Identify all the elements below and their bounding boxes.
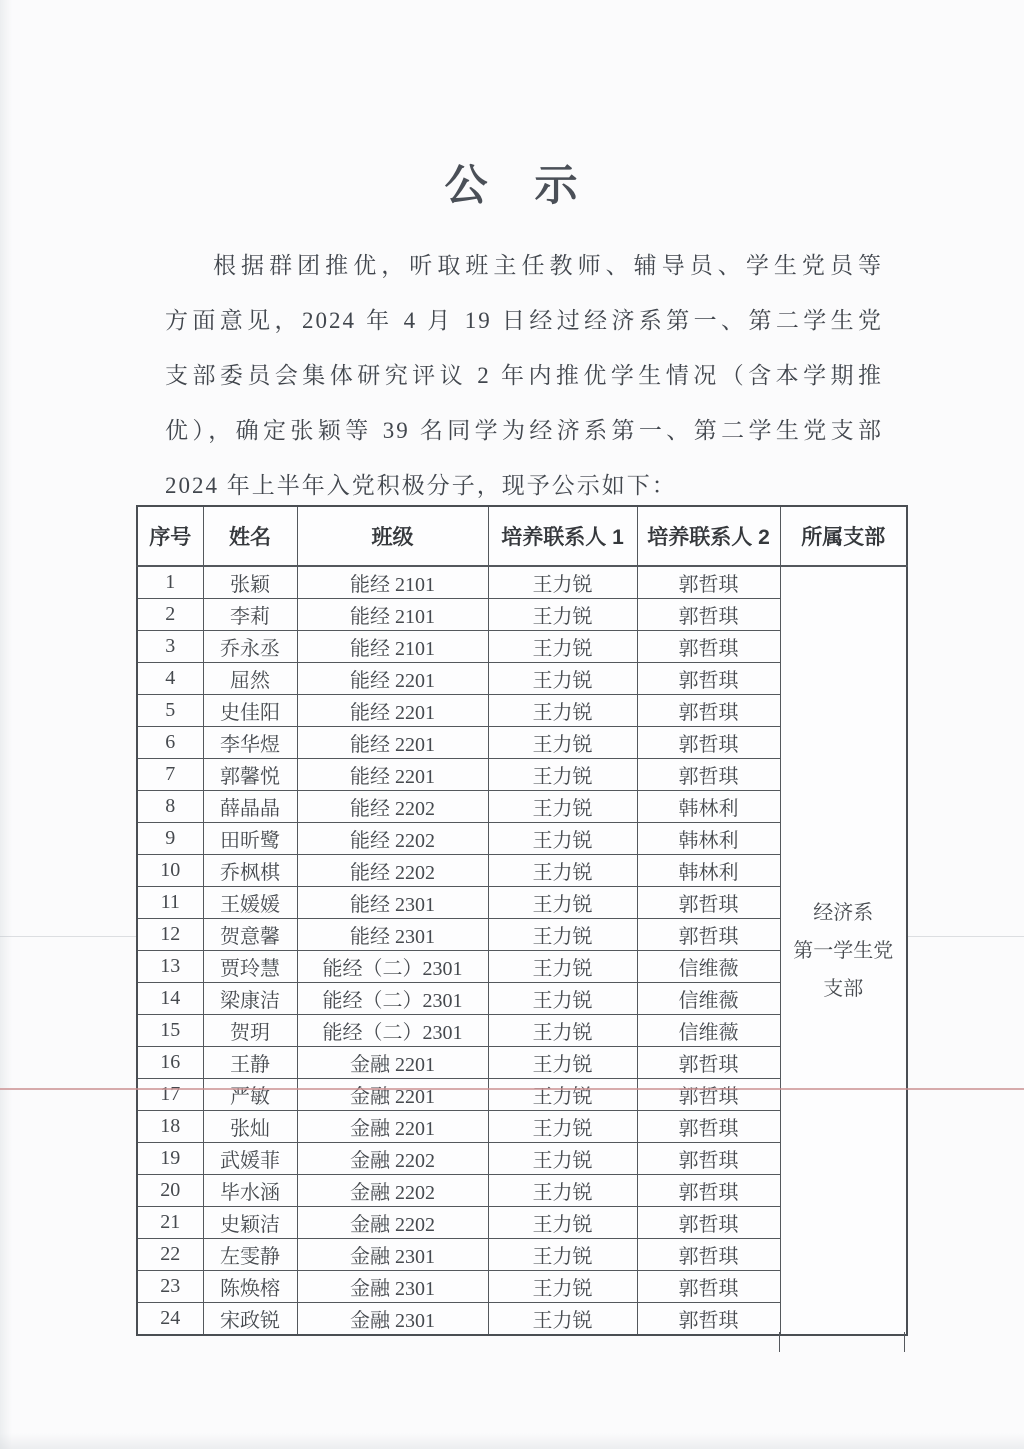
- cell-class: 金融 2202: [297, 1143, 488, 1175]
- cell-contact2: 信维薇: [637, 983, 780, 1015]
- cell-contact2: 郭哲琪: [637, 919, 780, 951]
- header-class: 班级: [297, 506, 488, 566]
- cell-class: 能经 2202: [297, 823, 488, 855]
- cell-contact2: 郭哲琪: [637, 1303, 780, 1336]
- cell-name: 宋政锐: [203, 1303, 297, 1336]
- cell-name: 乔枫棋: [203, 855, 297, 887]
- cell-contact1: 王力锐: [488, 695, 637, 727]
- cell-class: 金融 2301: [297, 1239, 488, 1271]
- header-branch: 所属支部: [780, 506, 907, 566]
- cell-contact1: 王力锐: [488, 631, 637, 663]
- header-name: 姓名: [203, 506, 297, 566]
- cell-class: 金融 2202: [297, 1207, 488, 1239]
- cell-contact1: 王力锐: [488, 1303, 637, 1336]
- cell-contact1: 王力锐: [488, 1047, 637, 1079]
- cell-class: 能经（二）2301: [297, 1015, 488, 1047]
- cell-contact1: 王力锐: [488, 1175, 637, 1207]
- announcement-table: 序号 姓名 班级 培养联系人 1 培养联系人 2 所属支部 1 张颖 能经 21…: [136, 505, 908, 1336]
- cell-name: 田昕鹭: [203, 823, 297, 855]
- cell-no: 12: [137, 919, 203, 951]
- cell-contact2: 信维薇: [637, 951, 780, 983]
- cell-contact1: 王力锐: [488, 1271, 637, 1303]
- cell-name: 梁康洁: [203, 983, 297, 1015]
- cell-name: 王静: [203, 1047, 297, 1079]
- cell-contact2: 郭哲琪: [637, 631, 780, 663]
- cell-no: 5: [137, 695, 203, 727]
- paragraph-line: 根据群团推优，听取班主任教师、辅导员、学生党员等: [165, 238, 883, 293]
- cell-no: 14: [137, 983, 203, 1015]
- cell-contact1: 王力锐: [488, 727, 637, 759]
- cell-class: 能经 2201: [297, 759, 488, 791]
- cell-contact1: 王力锐: [488, 1111, 637, 1143]
- cell-name: 张颖: [203, 566, 297, 599]
- cell-class: 能经 2201: [297, 727, 488, 759]
- scan-bottom-edge-shadow: [0, 1433, 1024, 1449]
- cell-no: 9: [137, 823, 203, 855]
- cell-class: 能经 2201: [297, 663, 488, 695]
- cell-no: 18: [137, 1111, 203, 1143]
- cell-class: 能经 2202: [297, 855, 488, 887]
- cell-contact2: 信维薇: [637, 1015, 780, 1047]
- cell-name: 史佳阳: [203, 695, 297, 727]
- cell-contact1: 王力锐: [488, 1239, 637, 1271]
- cell-contact1: 王力锐: [488, 823, 637, 855]
- cell-no: 10: [137, 855, 203, 887]
- cell-class: 能经（二）2301: [297, 951, 488, 983]
- cell-contact2: 郭哲琪: [637, 663, 780, 695]
- cell-name: 李莉: [203, 599, 297, 631]
- cell-name: 屈然: [203, 663, 297, 695]
- cell-no: 20: [137, 1175, 203, 1207]
- cell-name: 王媛媛: [203, 887, 297, 919]
- cell-contact1: 王力锐: [488, 1079, 637, 1111]
- paragraph-line: 方面意见，2024 年 4 月 19 日经过经济系第一、第二学生党: [165, 293, 883, 348]
- cell-name: 武媛菲: [203, 1143, 297, 1175]
- cell-contact1: 王力锐: [488, 791, 637, 823]
- cell-contact1: 王力锐: [488, 663, 637, 695]
- cell-contact1: 王力锐: [488, 919, 637, 951]
- cell-contact1: 王力锐: [488, 951, 637, 983]
- table-row: 1 张颖 能经 2101 王力锐 郭哲琪 经济系 第一学生党 支部: [137, 566, 907, 599]
- cell-no: 4: [137, 663, 203, 695]
- cell-no: 13: [137, 951, 203, 983]
- cell-contact2: 韩林利: [637, 791, 780, 823]
- cell-contact2: 郭哲琪: [637, 1047, 780, 1079]
- cell-no: 17: [137, 1079, 203, 1111]
- cell-class: 金融 2301: [297, 1303, 488, 1336]
- cell-contact1: 王力锐: [488, 759, 637, 791]
- cell-no: 19: [137, 1143, 203, 1175]
- cell-no: 15: [137, 1015, 203, 1047]
- cell-name: 史颖洁: [203, 1207, 297, 1239]
- cell-class: 能经 2101: [297, 599, 488, 631]
- cell-name: 毕水涵: [203, 1175, 297, 1207]
- cell-no: 2: [137, 599, 203, 631]
- cell-class: 能经 2101: [297, 566, 488, 599]
- announcement-paragraph: 根据群团推优，听取班主任教师、辅导员、学生党员等 方面意见，2024 年 4 月…: [165, 238, 883, 513]
- branch-column-border-stub: [904, 1332, 905, 1352]
- cell-no: 21: [137, 1207, 203, 1239]
- cell-contact2: 郭哲琪: [637, 887, 780, 919]
- cell-contact2: 郭哲琪: [637, 727, 780, 759]
- cell-class: 能经 2101: [297, 631, 488, 663]
- cell-contact1: 王力锐: [488, 599, 637, 631]
- page-title: 公 示: [0, 152, 1024, 213]
- cell-no: 16: [137, 1047, 203, 1079]
- cell-name: 贺玥: [203, 1015, 297, 1047]
- cell-class: 金融 2201: [297, 1047, 488, 1079]
- cell-no: 22: [137, 1239, 203, 1271]
- cell-contact2: 郭哲琪: [637, 1143, 780, 1175]
- cell-class: 金融 2301: [297, 1271, 488, 1303]
- cell-name: 贾玲慧: [203, 951, 297, 983]
- paragraph-line: 优），确定张颖等 39 名同学为经济系第一、第二学生党支部: [165, 403, 883, 458]
- cell-contact1: 王力锐: [488, 566, 637, 599]
- cell-no: 6: [137, 727, 203, 759]
- cell-contact1: 王力锐: [488, 983, 637, 1015]
- cell-class: 能经（二）2301: [297, 983, 488, 1015]
- cell-no: 11: [137, 887, 203, 919]
- cell-no: 3: [137, 631, 203, 663]
- cell-contact2: 郭哲琪: [637, 1175, 780, 1207]
- cell-name: 张灿: [203, 1111, 297, 1143]
- cell-class: 能经 2301: [297, 919, 488, 951]
- cell-contact2: 郭哲琪: [637, 1207, 780, 1239]
- cell-contact2: 韩林利: [637, 855, 780, 887]
- cell-name: 郭馨悦: [203, 759, 297, 791]
- cell-name: 陈焕榕: [203, 1271, 297, 1303]
- cell-contact2: 郭哲琪: [637, 1239, 780, 1271]
- cell-contact2: 郭哲琪: [637, 695, 780, 727]
- cell-contact1: 王力锐: [488, 1015, 637, 1047]
- paragraph-line: 支部委员会集体研究评议 2 年内推优学生情况（含本学期推: [165, 348, 883, 403]
- cell-no: 1: [137, 566, 203, 599]
- cell-name: 严敏: [203, 1079, 297, 1111]
- header-no: 序号: [137, 506, 203, 566]
- cell-class: 能经 2201: [297, 695, 488, 727]
- header-contact1: 培养联系人 1: [488, 506, 637, 566]
- cell-no: 8: [137, 791, 203, 823]
- header-contact2: 培养联系人 2: [637, 506, 780, 566]
- cell-class: 金融 2202: [297, 1175, 488, 1207]
- cell-contact2: 韩林利: [637, 823, 780, 855]
- cell-class: 能经 2202: [297, 791, 488, 823]
- cell-contact2: 郭哲琪: [637, 1111, 780, 1143]
- cell-no: 23: [137, 1271, 203, 1303]
- cell-no: 24: [137, 1303, 203, 1336]
- cell-contact1: 王力锐: [488, 887, 637, 919]
- cell-contact2: 郭哲琪: [637, 1271, 780, 1303]
- table-header-row: 序号 姓名 班级 培养联系人 1 培养联系人 2 所属支部: [137, 506, 907, 566]
- cell-contact1: 王力锐: [488, 855, 637, 887]
- cell-class: 能经 2301: [297, 887, 488, 919]
- scan-artifact-red-line: [0, 1088, 1024, 1090]
- cell-name: 左雯静: [203, 1239, 297, 1271]
- cell-contact2: 郭哲琪: [637, 599, 780, 631]
- cell-contact1: 王力锐: [488, 1143, 637, 1175]
- cell-contact2: 郭哲琪: [637, 566, 780, 599]
- cell-name: 李华煜: [203, 727, 297, 759]
- branch-column-border-stub: [779, 1332, 780, 1352]
- cell-contact2: 郭哲琪: [637, 759, 780, 791]
- cell-no: 7: [137, 759, 203, 791]
- cell-name: 乔永丞: [203, 631, 297, 663]
- cell-name: 薛晶晶: [203, 791, 297, 823]
- cell-name: 贺意馨: [203, 919, 297, 951]
- cell-class: 金融 2201: [297, 1111, 488, 1143]
- cell-contact2: 郭哲琪: [637, 1079, 780, 1111]
- cell-contact1: 王力锐: [488, 1207, 637, 1239]
- scan-left-edge-shadow: [0, 0, 12, 1449]
- cell-class: 金融 2201: [297, 1079, 488, 1111]
- cell-branch-merged: 经济系 第一学生党 支部: [780, 566, 907, 1335]
